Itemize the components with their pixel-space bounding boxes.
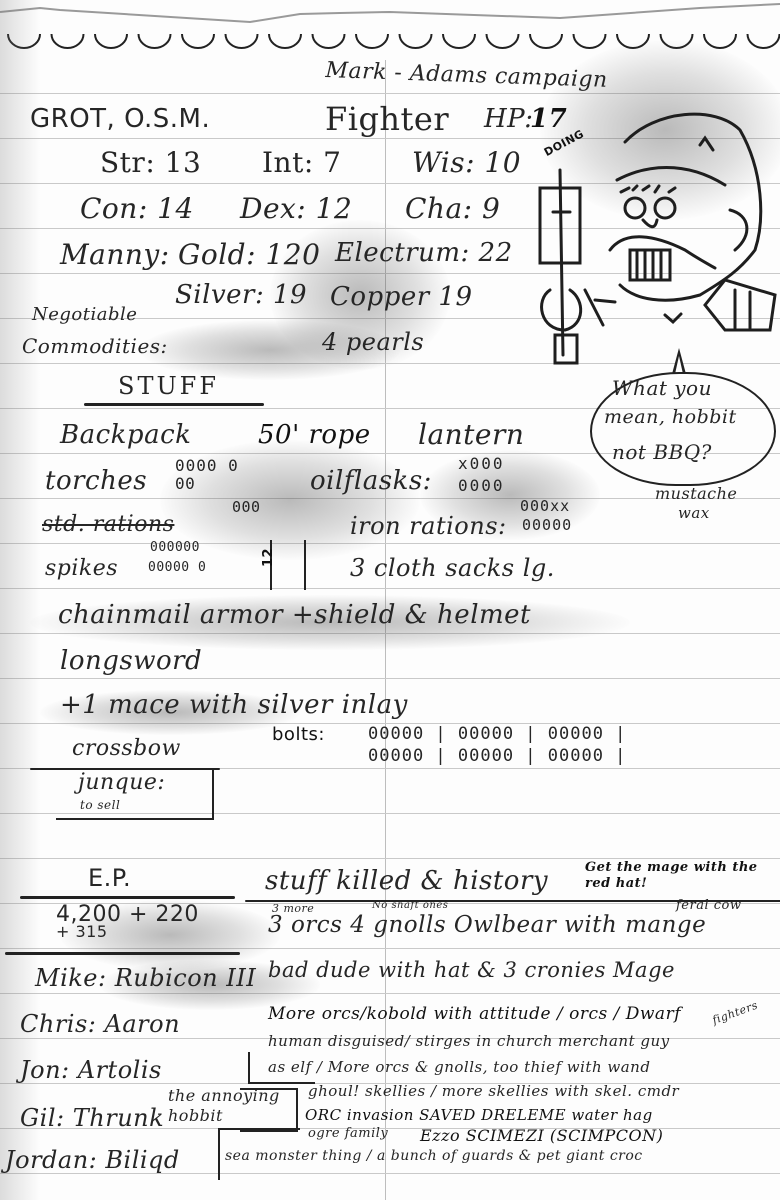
history-line-1: 3 orcs 4 gnolls Owlbear with mange (268, 912, 706, 938)
campaign-header: Mark - Adams campaign (325, 58, 608, 93)
history-line-4: human disguised/ stirges in church merch… (268, 1032, 670, 1050)
ruled-line (0, 543, 780, 544)
character-name: GROT, O.S.M. (30, 104, 210, 134)
history-line-9: sea monster thing / a bunch of guards & … (225, 1148, 643, 1164)
commodities-label-1: Negotiable (32, 304, 137, 325)
item-std-rations: std. rations (42, 512, 174, 537)
item-rope: 50' rope (258, 420, 371, 450)
stuff-underline (84, 403, 264, 406)
spikes-tally-bottom: 00000 0 (148, 560, 206, 575)
ep-divider (5, 952, 240, 955)
ruled-line (0, 678, 780, 679)
party-member-jordan: Jordan: Biliqd (5, 1146, 180, 1174)
item-crossbow: crossbow (72, 736, 181, 761)
history-line-5: as elf / More orcs & gnolls, too thief w… (268, 1058, 650, 1076)
iron-rations-tally-top: 000xx (520, 497, 570, 515)
bubble-line-1: What you (612, 376, 712, 400)
character-name: Aaron (105, 1010, 181, 1038)
character-name: Thrunk (73, 1104, 164, 1132)
character-name: Biliqd (105, 1146, 179, 1174)
character-name: Artolis (78, 1056, 162, 1084)
party-note-annoying-hobbit: the annoying hobbit (168, 1086, 288, 1126)
oil-flasks-tally-top: x000 (458, 454, 505, 473)
history-line-2: bad dude with hat & 3 cronies Mage (268, 958, 675, 982)
player-name: Jordan (5, 1146, 89, 1174)
iron-rations-tally-bottom: 00000 (522, 516, 572, 534)
money-gold: Gold: 120 (178, 238, 320, 271)
bolts-tally-row-1: 00000 | 00000 | 00000 | (368, 724, 626, 744)
ability-cha: Cha: 9 (405, 192, 500, 225)
item-torches: torches (45, 466, 147, 496)
oil-flasks-tally-bottom: 0000 (458, 476, 505, 495)
bolts-tally-row-2: 00000 | 00000 | 00000 | (368, 746, 626, 766)
ep-heading: E.P. (88, 864, 131, 892)
spikes-tally-top: 000000 (150, 540, 200, 555)
item-longsword: longsword (60, 646, 202, 676)
item-oil-flasks: oilflasks: (310, 466, 432, 496)
ability-str: Str: 13 (100, 146, 201, 179)
money-copper: Copper 19 (330, 282, 473, 312)
history-line-8-super: ogre family (308, 1126, 388, 1141)
party-member-chris: Chris: Aaron (20, 1010, 180, 1038)
ruled-line (0, 858, 780, 859)
history-line-8: Ezzo SCIMEZI (SCIMPCON) (420, 1126, 663, 1145)
item-iron-rations: iron rations: (350, 512, 507, 540)
character-class: Fighter (325, 100, 449, 138)
money-label: Manny: (60, 238, 170, 271)
torches-tally-top: 0000 0 (175, 456, 239, 475)
party-member-mike: Mike: Rubicon III (35, 964, 256, 992)
item-backpack: Backpack (60, 420, 191, 450)
history-line-3: More orcs/kobold with attitude / orcs / … (268, 1004, 681, 1024)
item-mace: +1 mace with silver inlay (60, 690, 408, 720)
spikes-tally-count: 12 (261, 548, 276, 567)
item-spikes: spikes (45, 556, 118, 581)
bolts-label: bolts: (272, 724, 325, 745)
ability-dex: Dex: 12 (240, 192, 352, 225)
notebook-page: Mark - Adams campaign GROT, O.S.M. Fight… (0, 0, 780, 1200)
player-name: Chris (20, 1010, 88, 1038)
junque-box (56, 770, 214, 820)
player-name: Mike (35, 964, 98, 992)
player-name: Gil (20, 1104, 56, 1132)
ep-line-2: + 315 (56, 922, 108, 941)
history-heading: stuff killed & history (265, 866, 548, 896)
caption-mustache: mustache (655, 484, 737, 503)
ability-con: Con: 14 (80, 192, 194, 225)
ruled-line (0, 588, 780, 589)
party-member-gil: Gil: Thrunk (20, 1104, 164, 1132)
item-armor: chainmail armor +shield & helmet (58, 600, 531, 630)
ep-underline (20, 896, 235, 899)
money-silver: Silver: 19 (175, 280, 307, 310)
player-name: Jon (20, 1056, 61, 1084)
party-member-jon: Jon: Artolis (20, 1056, 162, 1084)
history-super-feralcow: feral cow (676, 898, 742, 913)
commodities-value: 4 pearls (322, 328, 424, 356)
item-sacks: 3 cloth sacks lg. (350, 554, 555, 582)
ability-wis: Wis: 10 (412, 146, 521, 179)
character-name: Rubicon III (115, 964, 256, 992)
torches-tally-bottom: 00 (175, 474, 195, 493)
history-super-noshaft: No shaft ones (372, 900, 448, 911)
caption-wax: wax (678, 504, 710, 522)
history-line-3-small: fighters (711, 999, 760, 1027)
history-note-red-hat: Get the mage with the red hat! (585, 860, 775, 892)
commodities-label-2: Commodities: (22, 334, 168, 358)
ability-int: Int: 7 (262, 146, 342, 179)
bubble-line-3: not BBQ? (612, 440, 712, 464)
history-line-7: ORC invasion SAVED DRELEME water hag (305, 1106, 653, 1124)
stuff-heading: STUFF (118, 372, 219, 400)
history-line-6: ghoul! skellies / more skellies with ske… (308, 1082, 679, 1100)
std-rations-tally: 000 (232, 498, 261, 516)
money-electrum: Electrum: 22 (335, 238, 513, 268)
bubble-line-2: mean, hobbit (604, 406, 737, 428)
item-lantern: lantern (418, 418, 524, 451)
